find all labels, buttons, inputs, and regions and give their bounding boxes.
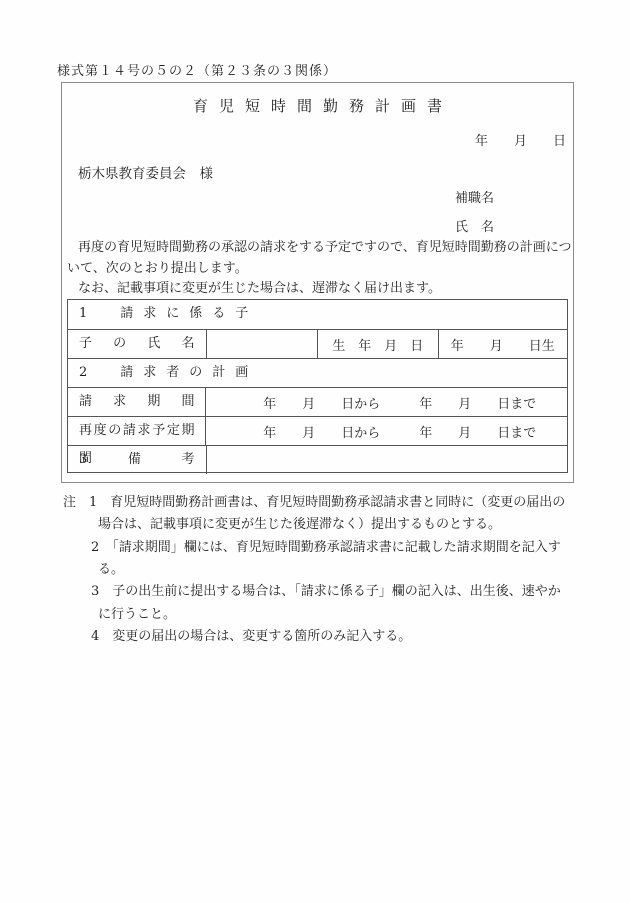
note-line: 3 子の出生前に提出する場合は、「請求に係る子」欄の記入は、出生後、速やか — [91, 580, 561, 599]
body-paragraph-line: なお、記載事項に変更が生じた場合は、遅滞なく届け出ます。 — [78, 277, 441, 296]
table-row-request-period: 請求期間 年 月 日から 年 月 日まで — [68, 387, 567, 416]
date-blank-line: 年 月 日 — [61, 130, 574, 149]
request-period-label: 請求期間 — [68, 388, 205, 416]
note-line: 場合は、記載事項に変更が生じた後遅滞なく）提出するものとする。 — [98, 513, 501, 532]
table-row-section2: 2 請求者の計画 — [68, 358, 567, 387]
request-period-blank: 年 月 日から 年 月 日まで — [205, 388, 567, 416]
birth-date-blank: 年 月 日生 — [438, 330, 567, 358]
remarks-blank-cell — [206, 446, 567, 474]
applicant-name-label: 氏 名 — [455, 216, 494, 235]
note-line: に行うこと。 — [98, 603, 176, 622]
section1-header: 1 請求に係る子 — [68, 300, 567, 329]
birth-date-label: 生 年 月 日 — [317, 330, 438, 358]
remarks-label: 3 備 考 — [68, 446, 206, 474]
plan-table: 1 請求に係る子 子の氏名 生 年 月 日 年 月 日生 2 請求者の計画 請求… — [67, 299, 568, 473]
re-request-period-label: 再度の請求予定期間 — [68, 417, 205, 445]
note-line: 4 変更の届出の場合は、変更する箇所のみ記入する。 — [91, 625, 411, 644]
note-line: 2 「請求期間」欄には、育児短時間勤務承認請求書に記載した請求期間を記入す — [91, 536, 561, 555]
table-row-remarks: 3 備 考 — [68, 445, 567, 474]
child-name-label: 子の氏名 — [68, 330, 206, 358]
note-line: る。 — [98, 558, 124, 577]
note-line: 注 1 育児短時間勤務計画書は、育児短時間勤務承認請求書と同時に（変更の届出の — [63, 491, 565, 510]
table-row-child-name: 子の氏名 生 年 月 日 年 月 日生 — [68, 329, 567, 358]
document-page: 様式第１４号の５の２（第２３条の３関係） 育児短時間勤務計画書 年 月 日 栃木… — [0, 0, 630, 903]
body-paragraph-line: 再度の育児短時間勤務の承認の請求をする予定ですので、育児短時間勤務の計画につ — [78, 236, 571, 255]
addressee: 栃木県教育委員会 様 — [78, 162, 213, 182]
page-title: 育児短時間勤務計画書 — [61, 95, 574, 116]
position-name-label: 補職名 — [455, 187, 494, 206]
section2-header: 2 請求者の計画 — [68, 359, 567, 387]
table-row-re-request-period: 再度の請求予定期間 年 月 日から 年 月 日まで — [68, 416, 567, 445]
form-number: 様式第１４号の５の２（第２３条の３関係） — [57, 60, 337, 79]
body-paragraph-line: いて、次のとおり提出します。 — [67, 257, 248, 276]
child-name-blank-cell — [206, 330, 318, 358]
table-row-section1: 1 請求に係る子 — [68, 300, 567, 329]
re-request-period-blank: 年 月 日から 年 月 日まで — [205, 417, 567, 445]
